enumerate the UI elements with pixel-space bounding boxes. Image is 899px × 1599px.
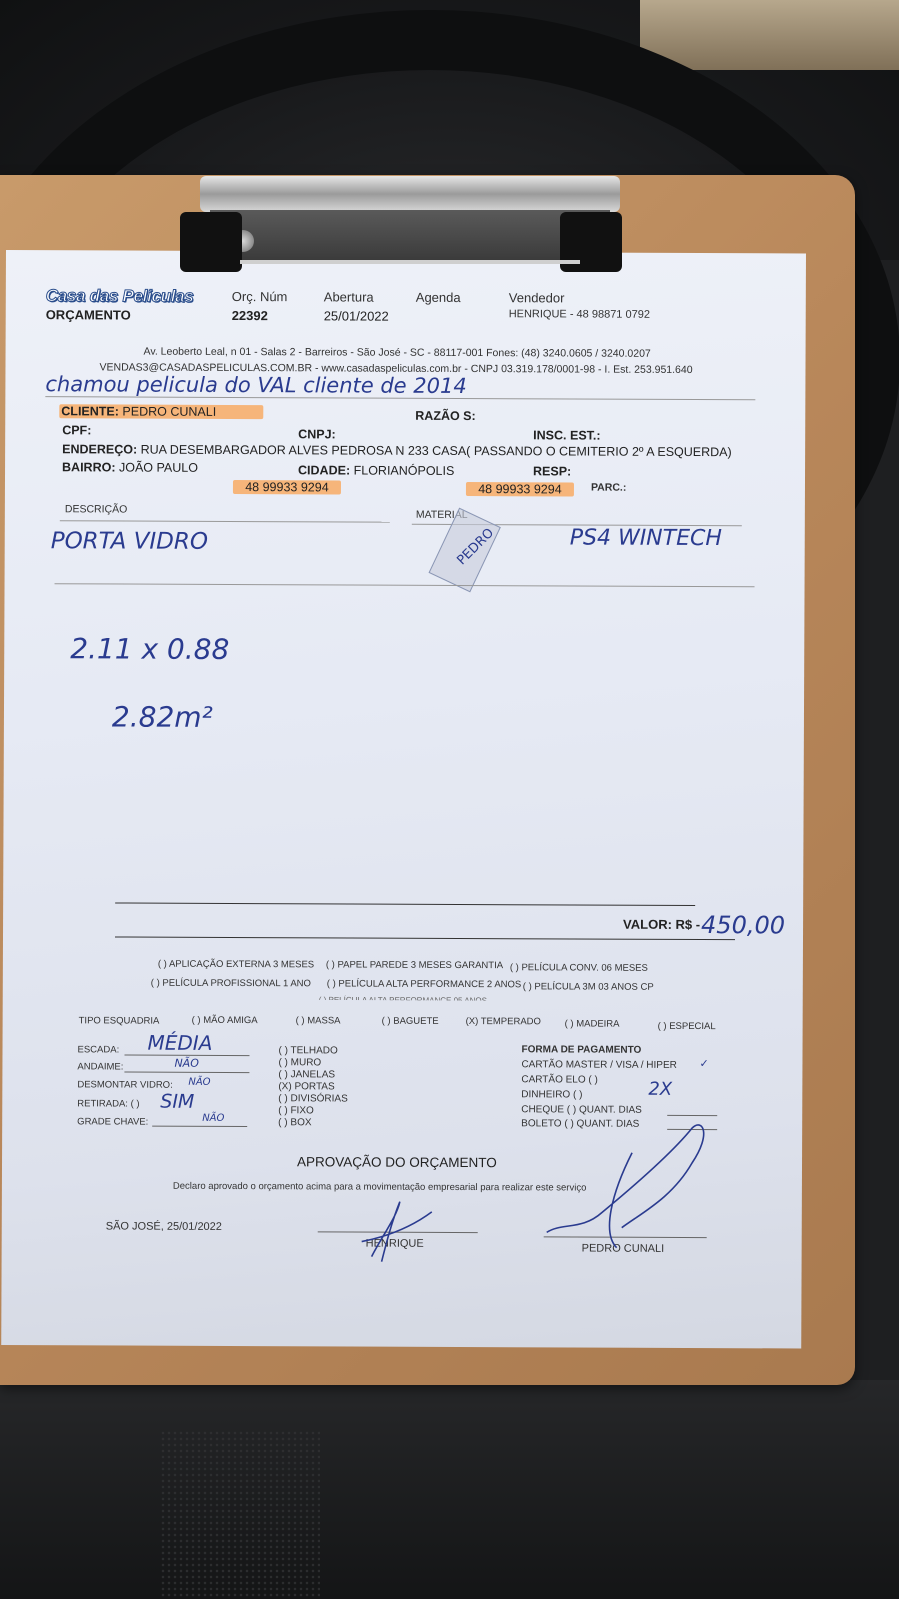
endereco-row: ENDEREÇO: RUA DESEMBARGADOR ALVES PEDROS…	[62, 442, 732, 459]
descricao-label: DESCRIÇÃO	[65, 503, 127, 515]
measurement-dimensions: 2.11 x 0.88	[70, 632, 229, 666]
local-fixo[interactable]: ( ) FIXO	[278, 1105, 314, 1116]
divider	[55, 583, 755, 587]
signature-pedro	[542, 1112, 723, 1253]
client-name-row: CLIENTE: PEDRO CUNALI	[59, 404, 263, 419]
pagamento-cartao-elo[interactable]: CARTÃO ELO ( )	[521, 1074, 598, 1085]
grade-value: NÃO	[202, 1113, 224, 1124]
resp-label: RESP:	[533, 464, 571, 478]
bairro-row: BAIRRO: JOÃO PAULO	[62, 460, 198, 475]
stamp-text: PEDRO	[454, 526, 497, 569]
option-pelicula-alta-5[interactable]: ( ) PELÍCULA ALTA PERFORMANCE 05 ANOS	[319, 995, 487, 1005]
andaime-label: ANDAIME:	[77, 1061, 123, 1072]
pagamento-dinheiro[interactable]: DINHEIRO ( )	[521, 1089, 582, 1100]
esquadria-mao-amiga[interactable]: ( ) MÃO AMIGA	[192, 1015, 258, 1026]
parc-label: PARC.:	[591, 482, 626, 494]
local-portas[interactable]: (X) PORTAS	[278, 1081, 334, 1092]
local-box[interactable]: ( ) BOX	[278, 1117, 311, 1128]
signature-henrique	[342, 1196, 442, 1266]
abertura-date: 25/01/2022	[324, 308, 389, 323]
option-papel-parede[interactable]: ( ) PAPEL PAREDE 3 MESES GARANTIA	[326, 959, 503, 971]
esquadria-temperado[interactable]: (X) TEMPERADO	[466, 1016, 541, 1027]
local-muro[interactable]: ( ) MURO	[278, 1057, 321, 1068]
doc-type: ORÇAMENTO	[46, 307, 131, 322]
clipboard-clip	[180, 172, 635, 282]
escada-value: MÉDIA	[147, 1031, 212, 1055]
desmontar-value: NÃO	[188, 1077, 210, 1088]
option-pelicula-profissional[interactable]: ( ) PELÍCULA PROFISSIONAL 1 ANO	[151, 978, 311, 990]
handwritten-note: chamou pelicula do VAL cliente de 2014	[45, 372, 466, 398]
measurement-area: 2.82m²	[112, 700, 213, 733]
local-data: SÃO JOSÉ, 25/01/2022	[106, 1220, 222, 1233]
abertura-label: Abertura	[324, 289, 374, 304]
tipo-esquadria-label: TIPO ESQUADRIA	[79, 1015, 160, 1026]
clip-bar	[200, 176, 620, 212]
budget-form: Casa das Peliculas ORÇAMENTO Orç. Núm 22…	[1, 250, 806, 1348]
option-pelicula-3m[interactable]: ( ) PELÍCULA 3M 03 ANOS CP	[523, 981, 654, 993]
andaime-line	[124, 1072, 249, 1074]
total-line-top	[115, 902, 695, 906]
escada-label: ESCADA:	[77, 1044, 119, 1055]
aprovacao-title: APROVAÇÃO DO ORÇAMENTO	[297, 1154, 497, 1170]
endereco: RUA DESEMBARGADOR ALVES PEDROSA N 233 CA…	[141, 443, 732, 460]
esquadria-madeira[interactable]: ( ) MADEIRA	[565, 1018, 620, 1029]
vendedor-label: Vendedor	[509, 290, 565, 305]
cartao-mark: ✓	[699, 1057, 708, 1070]
company-logo: Casa das Peliculas	[46, 286, 194, 307]
cidade: FLORIANÓPOLIS	[354, 464, 455, 478]
company-address: Av. Leoberto Leal, n 01 - Salas 2 - Barr…	[144, 346, 651, 360]
grade-label: GRADE CHAVE:	[77, 1116, 148, 1127]
aprovacao-text: Declaro aprovado o orçamento acima para …	[173, 1181, 586, 1194]
installments-value: 2X	[648, 1079, 672, 1100]
cliente-label: CLIENTE:	[61, 404, 119, 418]
esquadria-especial[interactable]: ( ) ESPECIAL	[658, 1021, 716, 1032]
razao-label: RAZÃO S:	[415, 409, 475, 423]
local-janelas[interactable]: ( ) JANELAS	[278, 1069, 335, 1080]
clip-plate	[210, 210, 610, 260]
material-value: PS4 WINTECH	[570, 525, 722, 551]
phone-2: 48 99933 9294	[466, 482, 574, 496]
andaime-value: NÃO	[174, 1057, 198, 1070]
phone-1: 48 99933 9294	[233, 480, 341, 494]
grade-line	[152, 1126, 247, 1127]
insc-label: INSC. EST.:	[533, 428, 600, 442]
pagamento-cartao-master[interactable]: CARTÃO MASTER / VISA / HIPER	[521, 1059, 676, 1071]
local-telhado[interactable]: ( ) TELHADO	[278, 1045, 337, 1056]
divider	[45, 396, 755, 400]
clip-end-left	[180, 212, 242, 272]
agenda-label: Agenda	[416, 290, 461, 305]
descricao-value: PORTA VIDRO	[51, 528, 208, 555]
bairro-label: BAIRRO:	[62, 460, 116, 474]
retirada-label: RETIRADA: ( )	[77, 1098, 139, 1109]
car-seat	[0, 1380, 899, 1599]
clip-wire	[240, 260, 580, 264]
retirada-value: SIM	[160, 1091, 194, 1113]
vendedor: HENRIQUE - 48 98871 0792	[509, 308, 650, 321]
option-pelicula-alta-2[interactable]: ( ) PELÍCULA ALTA PERFORMANCE 2 ANOS	[327, 978, 521, 990]
option-pelicula-conv[interactable]: ( ) PELÍCULA CONV. 06 MESES	[510, 962, 648, 974]
orc-num: 22392	[232, 308, 268, 323]
local-divisorias[interactable]: ( ) DIVISÓRIAS	[278, 1093, 348, 1104]
total-line-bottom	[115, 936, 735, 940]
windshield	[640, 0, 899, 70]
desmontar-label: DESMONTAR VIDRO:	[77, 1079, 172, 1090]
bairro: JOÃO PAULO	[119, 460, 198, 474]
valor-value: 450,00	[701, 911, 785, 939]
esquadria-massa[interactable]: ( ) MASSA	[296, 1015, 341, 1026]
cidade-row: CIDADE: FLORIANÓPOLIS	[298, 463, 454, 478]
cpf-label: CPF:	[62, 423, 91, 437]
orc-num-label: Orç. Núm	[232, 289, 288, 304]
cliente-name: PEDRO CUNALI	[122, 405, 216, 419]
cnpj-label: CNPJ:	[298, 427, 336, 441]
seat-texture	[160, 1430, 320, 1599]
esquadria-baguete[interactable]: ( ) BAGUETE	[382, 1016, 439, 1027]
descricao-line	[60, 520, 390, 522]
pagamento-title: FORMA DE PAGAMENTO	[521, 1044, 641, 1056]
cidade-label: CIDADE:	[298, 463, 350, 477]
option-aplicacao-externa[interactable]: ( ) APLICAÇÃO EXTERNA 3 MESES	[158, 959, 314, 971]
valor-label: VALOR: R$ -	[623, 917, 700, 932]
endereco-label: ENDEREÇO:	[62, 442, 137, 456]
